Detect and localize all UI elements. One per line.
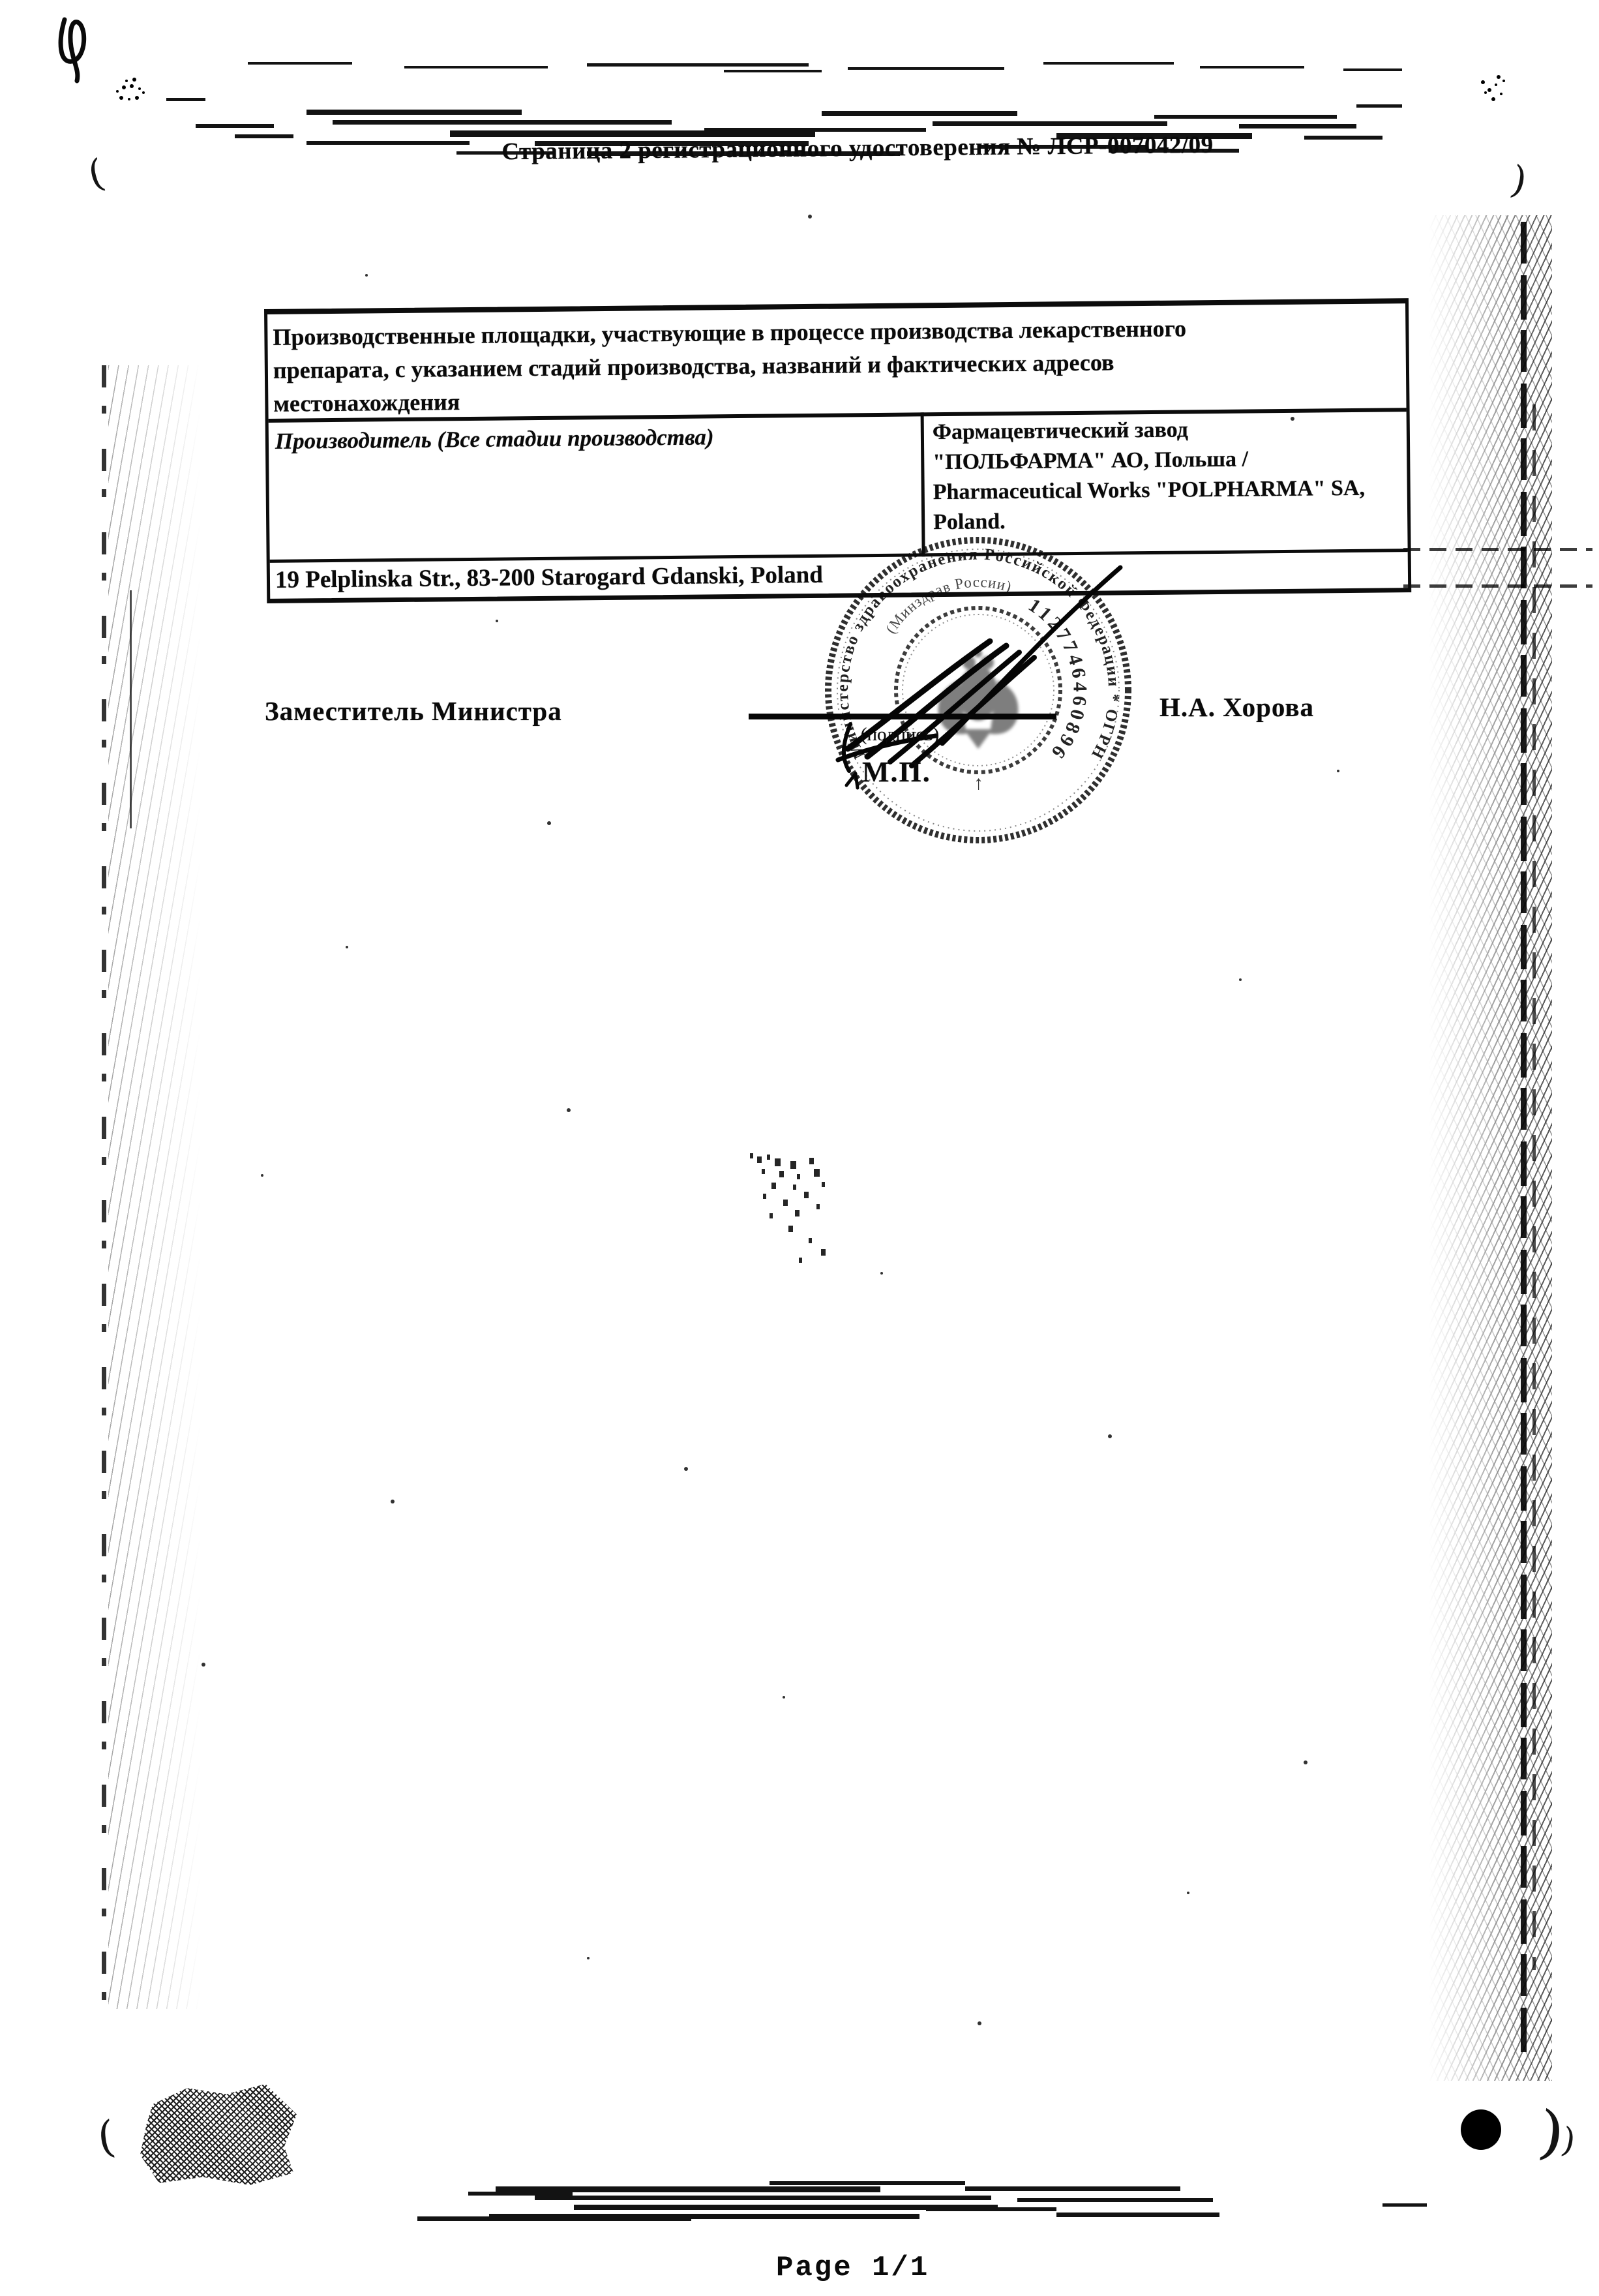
scan-speckle-top-right (1495, 83, 1497, 86)
ministry-round-stamp: Министерство здравоохранения Российской … (815, 534, 1141, 847)
signature-caption: (подпись) (844, 724, 955, 746)
manufacturer-cell: Фармацевтический завод "ПОЛЬФАРМА" АО, П… (933, 413, 1400, 537)
table-caption-cell: Производственные площадки, участвующие в… (273, 310, 1395, 421)
signature-line (749, 714, 1056, 719)
scan-noise-right-streak (1521, 222, 1527, 2055)
page-number-label: Page 1/1 (776, 2252, 929, 2284)
scan-noise-bottom-band (391, 2179, 1474, 2224)
scan-blob-bottom-left (140, 2084, 297, 2185)
scan-curl-bottom-left: ( (95, 2111, 118, 2164)
svg-text:1127746460896: 1127746460896 (1024, 594, 1091, 765)
scan-curl-top-left: ( (83, 150, 108, 196)
manufacturer-line: Фармацевтический завод (933, 413, 1399, 447)
scanned-certificate-page: ( ) Страница 2 регистрационного удостове… (0, 0, 1599, 2296)
scan-noise-left-streak (102, 365, 106, 2009)
scan-speckle-scatter (346, 946, 348, 948)
scan-curl-top-right: ) (1507, 157, 1531, 203)
manufacturer-line: Poland. (933, 503, 1399, 537)
scan-noise-left-line (130, 590, 132, 828)
punch-hole-mark (1461, 2109, 1501, 2150)
manufacturer-line: Pharmaceutical Works "POLPHARMA" SA, (933, 473, 1399, 507)
scan-noise-left-band (108, 365, 213, 2009)
signatory-name: Н.А. Хорова (1159, 691, 1314, 723)
seal-placeholder-label: М.П. (862, 755, 931, 789)
producer-label-cell: Производитель (Все стадии производства) (275, 422, 914, 454)
scan-noise-right-streak (1532, 404, 1536, 1970)
scan-speckle-top-left (116, 90, 119, 93)
scan-speckle-center (750, 1153, 753, 1158)
manufacturer-line: "ПОЛЬФАРМА" АО, Польша / (933, 443, 1399, 477)
stamp-ogrn-number: 1127746460896 (1024, 594, 1091, 765)
handwritten-corner-mark (55, 8, 108, 86)
deputy-minister-label: Заместитель Министра (265, 695, 562, 727)
stamp-bottom-mark: ↑ (974, 772, 983, 794)
